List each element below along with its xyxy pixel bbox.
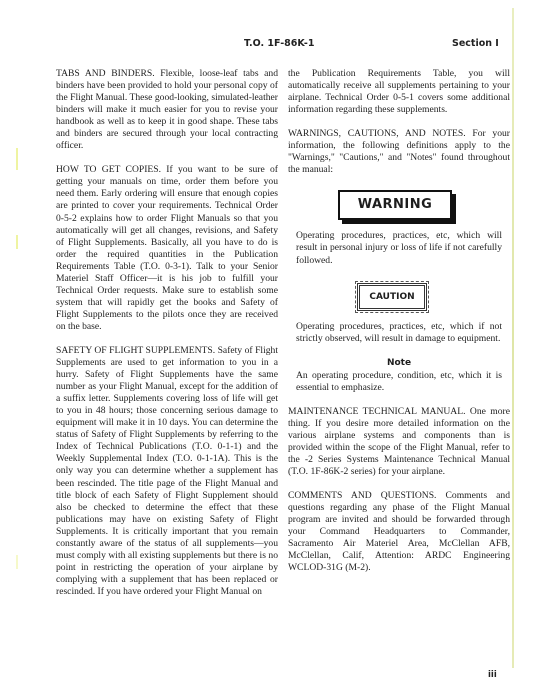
warning-label-box: WARNING: [338, 190, 453, 220]
page-header: T.O. 1F-86K-1 Section I: [0, 38, 541, 54]
margin-mark: [16, 555, 18, 569]
right-column: the Publication Requirements Table, you …: [288, 68, 510, 586]
warning-definition: Operating procedures, practices, etc, wh…: [296, 230, 502, 266]
caution-label-box: CAUTION: [357, 283, 426, 311]
paragraph-comments-and-questions: COMMENTS AND QUESTIONS. Comments and que…: [288, 490, 510, 574]
paragraph-safety-of-flight-supplements: SAFETY OF FLIGHT SUPPLEMENTS. Safety of …: [56, 345, 278, 598]
margin-mark: [16, 148, 18, 170]
page-number: iii: [488, 670, 497, 680]
caution-definition: Operating procedures, practices, etc, wh…: [296, 321, 502, 345]
paragraph-maintenance-technical-manual: MAINTENANCE TECHNICAL MANUAL. One more t…: [288, 406, 510, 478]
binding-edge-rule: [512, 8, 514, 668]
warning-box-wrap: WARNING: [288, 190, 510, 220]
paragraph-tabs-and-binders: TABS AND BINDERS. Flexible, loose-leaf t…: [56, 68, 278, 152]
note-definition: An operating procedure, condition, etc, …: [296, 370, 502, 394]
section-label: Section I: [452, 38, 499, 49]
note-label: Note: [288, 357, 510, 369]
margin-mark: [16, 235, 18, 249]
document-number: T.O. 1F-86K-1: [244, 38, 315, 49]
paragraph-continuation: the Publication Requirements Table, you …: [288, 68, 510, 116]
caution-box-wrap: CAUTION: [288, 283, 510, 311]
left-column: TABS AND BINDERS. Flexible, loose-leaf t…: [56, 68, 278, 610]
paragraph-how-to-get-copies: HOW TO GET COPIES. If you want to be sur…: [56, 164, 278, 333]
paragraph-warnings-intro: WARNINGS, CAUTIONS, AND NOTES. For your …: [288, 128, 510, 176]
